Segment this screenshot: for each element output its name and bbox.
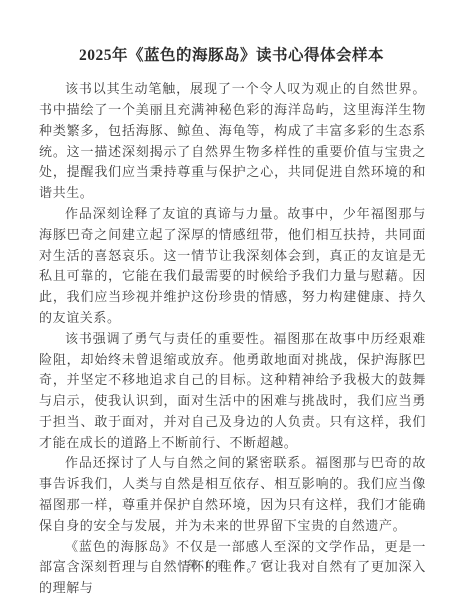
- document-body: 该书以其生动笔触，展现了一个令人叹为观止的自然世界。书中描绘了一个美丽且充满神秘…: [39, 79, 426, 599]
- document-page: 2025年《蓝色的海豚岛》读书心得体会样本 该书以其生动笔触，展现了一个令人叹为…: [0, 0, 463, 600]
- paragraph-nature-world: 该书以其生动笔触，展现了一个令人叹为观止的自然世界。书中描绘了一个美丽且充满神秘…: [39, 79, 426, 204]
- paragraph-friendship: 作品深刻诠释了友谊的真谛与力量。故事中，少年福图那与海豚巴奇之间建立起了深厚的情…: [39, 204, 426, 329]
- document-title: 2025年《蓝色的海豚岛》读书心得体会样本: [38, 46, 425, 66]
- page-footer: 第 1 页 共 7 页: [0, 557, 463, 572]
- page-indicator: 第 1 页 共 7 页: [188, 560, 276, 571]
- paragraph-courage-responsibility: 该书强调了勇气与责任的重要性。福图那在故事中历经艰难险阻，却始终未曾退缩或放弃。…: [39, 329, 426, 454]
- paragraph-human-nature-bond: 作品还探讨了人与自然之间的紧密联系。福图那与巴奇的故事告诉我们，人类与自然是相互…: [39, 453, 426, 536]
